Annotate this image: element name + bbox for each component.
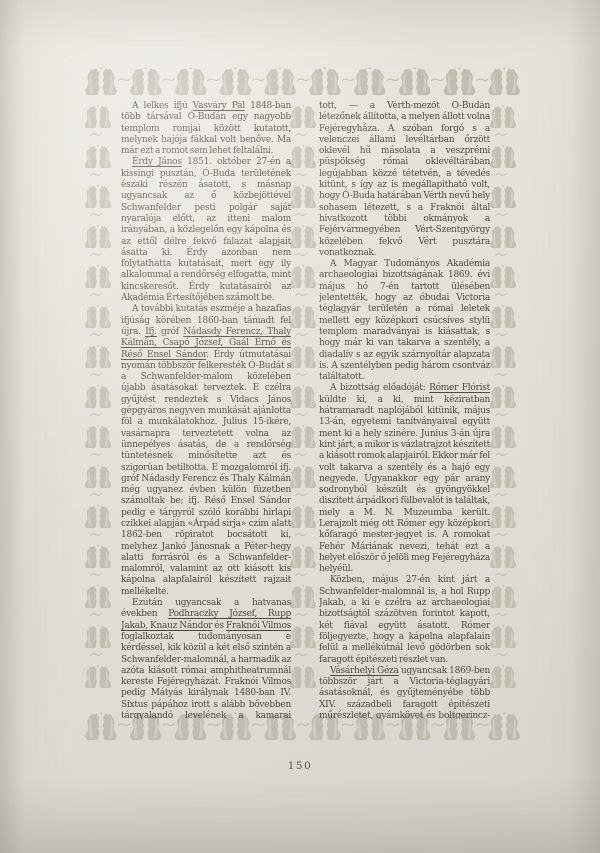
ornament-divider bbox=[298, 79, 309, 81]
ornament-divider bbox=[432, 724, 443, 726]
ornament-motif bbox=[309, 67, 340, 96]
paragraph: Vásárhelyi Géza ugyancsak 1869-ben többs… bbox=[319, 666, 490, 719]
ornament-divider bbox=[496, 414, 507, 416]
ornament-divider bbox=[91, 574, 102, 576]
ornament-divider bbox=[496, 254, 507, 256]
ornament-motif bbox=[85, 225, 111, 249]
underlined-name: Fraknói Vilmos bbox=[226, 621, 291, 631]
ornament-motif bbox=[85, 145, 111, 169]
ornament-motif bbox=[490, 545, 516, 569]
paragraph: tott, — a Vérth-mezőt Ó-Budán létezőnek … bbox=[319, 101, 490, 259]
ornament-divider bbox=[496, 574, 507, 576]
ornament-motif bbox=[290, 465, 316, 489]
underlined-name: Vásárhelyi Géza bbox=[330, 666, 399, 676]
text-segment: és bbox=[212, 621, 226, 631]
ornament-divider bbox=[296, 574, 307, 576]
text-segment: Közben, május 27-én kint járt a Schwanfe… bbox=[319, 575, 490, 664]
ornament-divider bbox=[91, 374, 102, 376]
ornament-motif bbox=[490, 385, 516, 409]
ornament-motif bbox=[490, 225, 516, 249]
ornament-motif bbox=[490, 585, 516, 609]
ornament-divider bbox=[296, 294, 307, 296]
ornament-motif bbox=[290, 105, 316, 129]
ornament-motif bbox=[265, 67, 296, 96]
paragraph: A további kutatás eszméje a hazafias ifj… bbox=[121, 304, 291, 598]
underlined-name: Rómer Flórist bbox=[429, 383, 490, 393]
ornament-divider bbox=[118, 79, 129, 81]
underlined-name: Érdy János bbox=[132, 157, 182, 167]
ornament-motif bbox=[175, 67, 206, 96]
ornament-motif bbox=[444, 67, 475, 96]
ornament-motif bbox=[354, 67, 385, 96]
ornament-motif bbox=[85, 425, 111, 449]
ornament-motif bbox=[290, 185, 316, 209]
ornament-divider bbox=[296, 654, 307, 656]
ornament-motif bbox=[290, 665, 316, 689]
ornament-motif bbox=[490, 185, 516, 209]
ornament-divider bbox=[91, 134, 102, 136]
ornament-divider bbox=[253, 79, 264, 81]
ornamental-border bbox=[0, 0, 600, 853]
ornament-motif bbox=[290, 545, 316, 569]
ornament-motif bbox=[85, 505, 111, 529]
text-segment: foglalkoztak tudományosan e kérdéssel, k… bbox=[121, 632, 291, 719]
ornament-divider bbox=[296, 534, 307, 536]
ornament-motif bbox=[490, 305, 516, 329]
ornament-divider bbox=[91, 414, 102, 416]
ornament-motif bbox=[290, 385, 316, 409]
ornament-divider bbox=[296, 454, 307, 456]
underlined-name: Vasváry Pál bbox=[193, 101, 245, 111]
ornament-divider bbox=[496, 294, 507, 296]
book-page: A lelkes ifjú Vasváry Pál 1848-ban több … bbox=[0, 0, 600, 853]
ornament-divider bbox=[496, 654, 507, 656]
ornament-motif bbox=[290, 585, 316, 609]
ornament-divider bbox=[208, 724, 219, 726]
ornament-divider bbox=[91, 614, 102, 616]
ornament-motif bbox=[490, 665, 516, 689]
ornament-divider bbox=[296, 494, 307, 496]
ornament-divider bbox=[163, 79, 174, 81]
ornament-divider bbox=[296, 254, 307, 256]
ornament-motif bbox=[85, 625, 111, 649]
ornament-divider bbox=[496, 174, 507, 176]
text-segment: tott, — a Vérth-mezőt Ó-Budán létezőnek … bbox=[319, 101, 490, 258]
text-column-left: A lelkes ifjú Vasváry Pál 1848-ban több … bbox=[121, 101, 291, 719]
paragraph: Érdy János 1851. október 27-én a kissing… bbox=[121, 157, 291, 304]
text-segment: küldte ki, a ki, mint kéziratban hátrama… bbox=[319, 395, 490, 574]
ornament-motif bbox=[85, 385, 111, 409]
ornament-motif bbox=[290, 305, 316, 329]
paragraph: A lelkes ifjú Vasváry Pál 1848-ban több … bbox=[121, 101, 291, 157]
ornament-motif bbox=[490, 425, 516, 449]
ornament-divider bbox=[496, 614, 507, 616]
underlined-name: Ifj. bbox=[145, 327, 157, 337]
ornament-motif bbox=[290, 425, 316, 449]
ornament-motif bbox=[490, 105, 516, 129]
ornament-motif bbox=[85, 265, 111, 289]
ornament-motif bbox=[489, 712, 520, 741]
ornament-divider bbox=[208, 79, 219, 81]
ornament-motif bbox=[130, 67, 161, 96]
ornament-divider bbox=[296, 214, 307, 216]
ornament-motif bbox=[490, 505, 516, 529]
ornament-motif bbox=[290, 345, 316, 369]
ornament-motif bbox=[490, 145, 516, 169]
ornament-motif bbox=[490, 345, 516, 369]
ornament-divider bbox=[477, 79, 488, 81]
ornament-divider bbox=[496, 334, 507, 336]
paragraph: Közben, május 27-én kint járt a Schwanfe… bbox=[319, 575, 490, 665]
ornament-motif bbox=[85, 712, 116, 741]
ornament-motif bbox=[220, 67, 251, 96]
ornament-motif bbox=[290, 265, 316, 289]
ornament-motif bbox=[490, 625, 516, 649]
paragraph: Ezután ugyancsak a hatvanas években Podh… bbox=[121, 598, 291, 719]
ornament-motif bbox=[85, 465, 111, 489]
ornament-divider bbox=[298, 724, 309, 726]
ornament-divider bbox=[387, 79, 398, 81]
ornament-divider bbox=[296, 134, 307, 136]
ornament-divider bbox=[91, 654, 102, 656]
ornament-divider bbox=[163, 724, 174, 726]
ornament-divider bbox=[477, 724, 488, 726]
ornament-divider bbox=[296, 374, 307, 376]
ornament-divider bbox=[496, 134, 507, 136]
ornament-motif bbox=[85, 305, 111, 329]
ornament-divider bbox=[296, 414, 307, 416]
ornament-motif bbox=[290, 225, 316, 249]
text-segment: A bizottság előadóját: bbox=[330, 383, 429, 393]
ornament-divider bbox=[91, 334, 102, 336]
ornament-divider bbox=[496, 534, 507, 536]
ornament-divider bbox=[342, 79, 353, 81]
ornament-divider bbox=[91, 254, 102, 256]
ornament-motif bbox=[290, 145, 316, 169]
ornament-divider bbox=[496, 454, 507, 456]
ornament-motif bbox=[490, 465, 516, 489]
ornament-divider bbox=[296, 174, 307, 176]
ornament-divider bbox=[496, 374, 507, 376]
ornament-motif bbox=[85, 665, 111, 689]
ornament-motif bbox=[399, 67, 430, 96]
text-segment: 1851. október 27-én a kissingi pusztán, … bbox=[121, 157, 291, 303]
text-segment: A lelkes ifjú bbox=[132, 101, 193, 111]
text-column-right: tott, — a Vérth-mezőt Ó-Budán létezőnek … bbox=[319, 101, 490, 719]
ornament-divider bbox=[342, 724, 353, 726]
text-segment: A Magyar Tudományos Akadémia archaeologi… bbox=[319, 259, 490, 382]
ornament-divider bbox=[496, 494, 507, 496]
ornament-motif bbox=[85, 585, 111, 609]
ornament-divider bbox=[496, 214, 507, 216]
text-segment: gróf bbox=[157, 327, 183, 337]
ornament-motif bbox=[85, 345, 111, 369]
ornament-divider bbox=[91, 174, 102, 176]
ornament-motif bbox=[85, 67, 116, 96]
ornament-motif bbox=[290, 625, 316, 649]
ornament-motif bbox=[85, 105, 111, 129]
ornament-divider bbox=[387, 724, 398, 726]
ornament-divider bbox=[296, 614, 307, 616]
paragraph: A Magyar Tudományos Akadémia archaeologi… bbox=[319, 259, 490, 383]
ornament-divider bbox=[296, 334, 307, 336]
ornament-divider bbox=[91, 494, 102, 496]
ornament-divider bbox=[91, 214, 102, 216]
ornament-motif bbox=[489, 67, 520, 96]
ornament-motif bbox=[290, 505, 316, 529]
ornament-motif bbox=[490, 265, 516, 289]
ornament-divider bbox=[432, 79, 443, 81]
ornament-divider bbox=[91, 294, 102, 296]
page-number: 150 bbox=[0, 760, 600, 772]
ornament-divider bbox=[253, 724, 264, 726]
text-segment: . Érdy útmutatásai nyomán többször felke… bbox=[121, 350, 291, 597]
ornament-motif bbox=[85, 185, 111, 209]
ornament-divider bbox=[91, 534, 102, 536]
ornament-divider bbox=[118, 724, 129, 726]
ornament-divider bbox=[91, 454, 102, 456]
paragraph: A bizottság előadóját: Rómer Flórist kül… bbox=[319, 383, 490, 575]
ornament-motif bbox=[85, 545, 111, 569]
